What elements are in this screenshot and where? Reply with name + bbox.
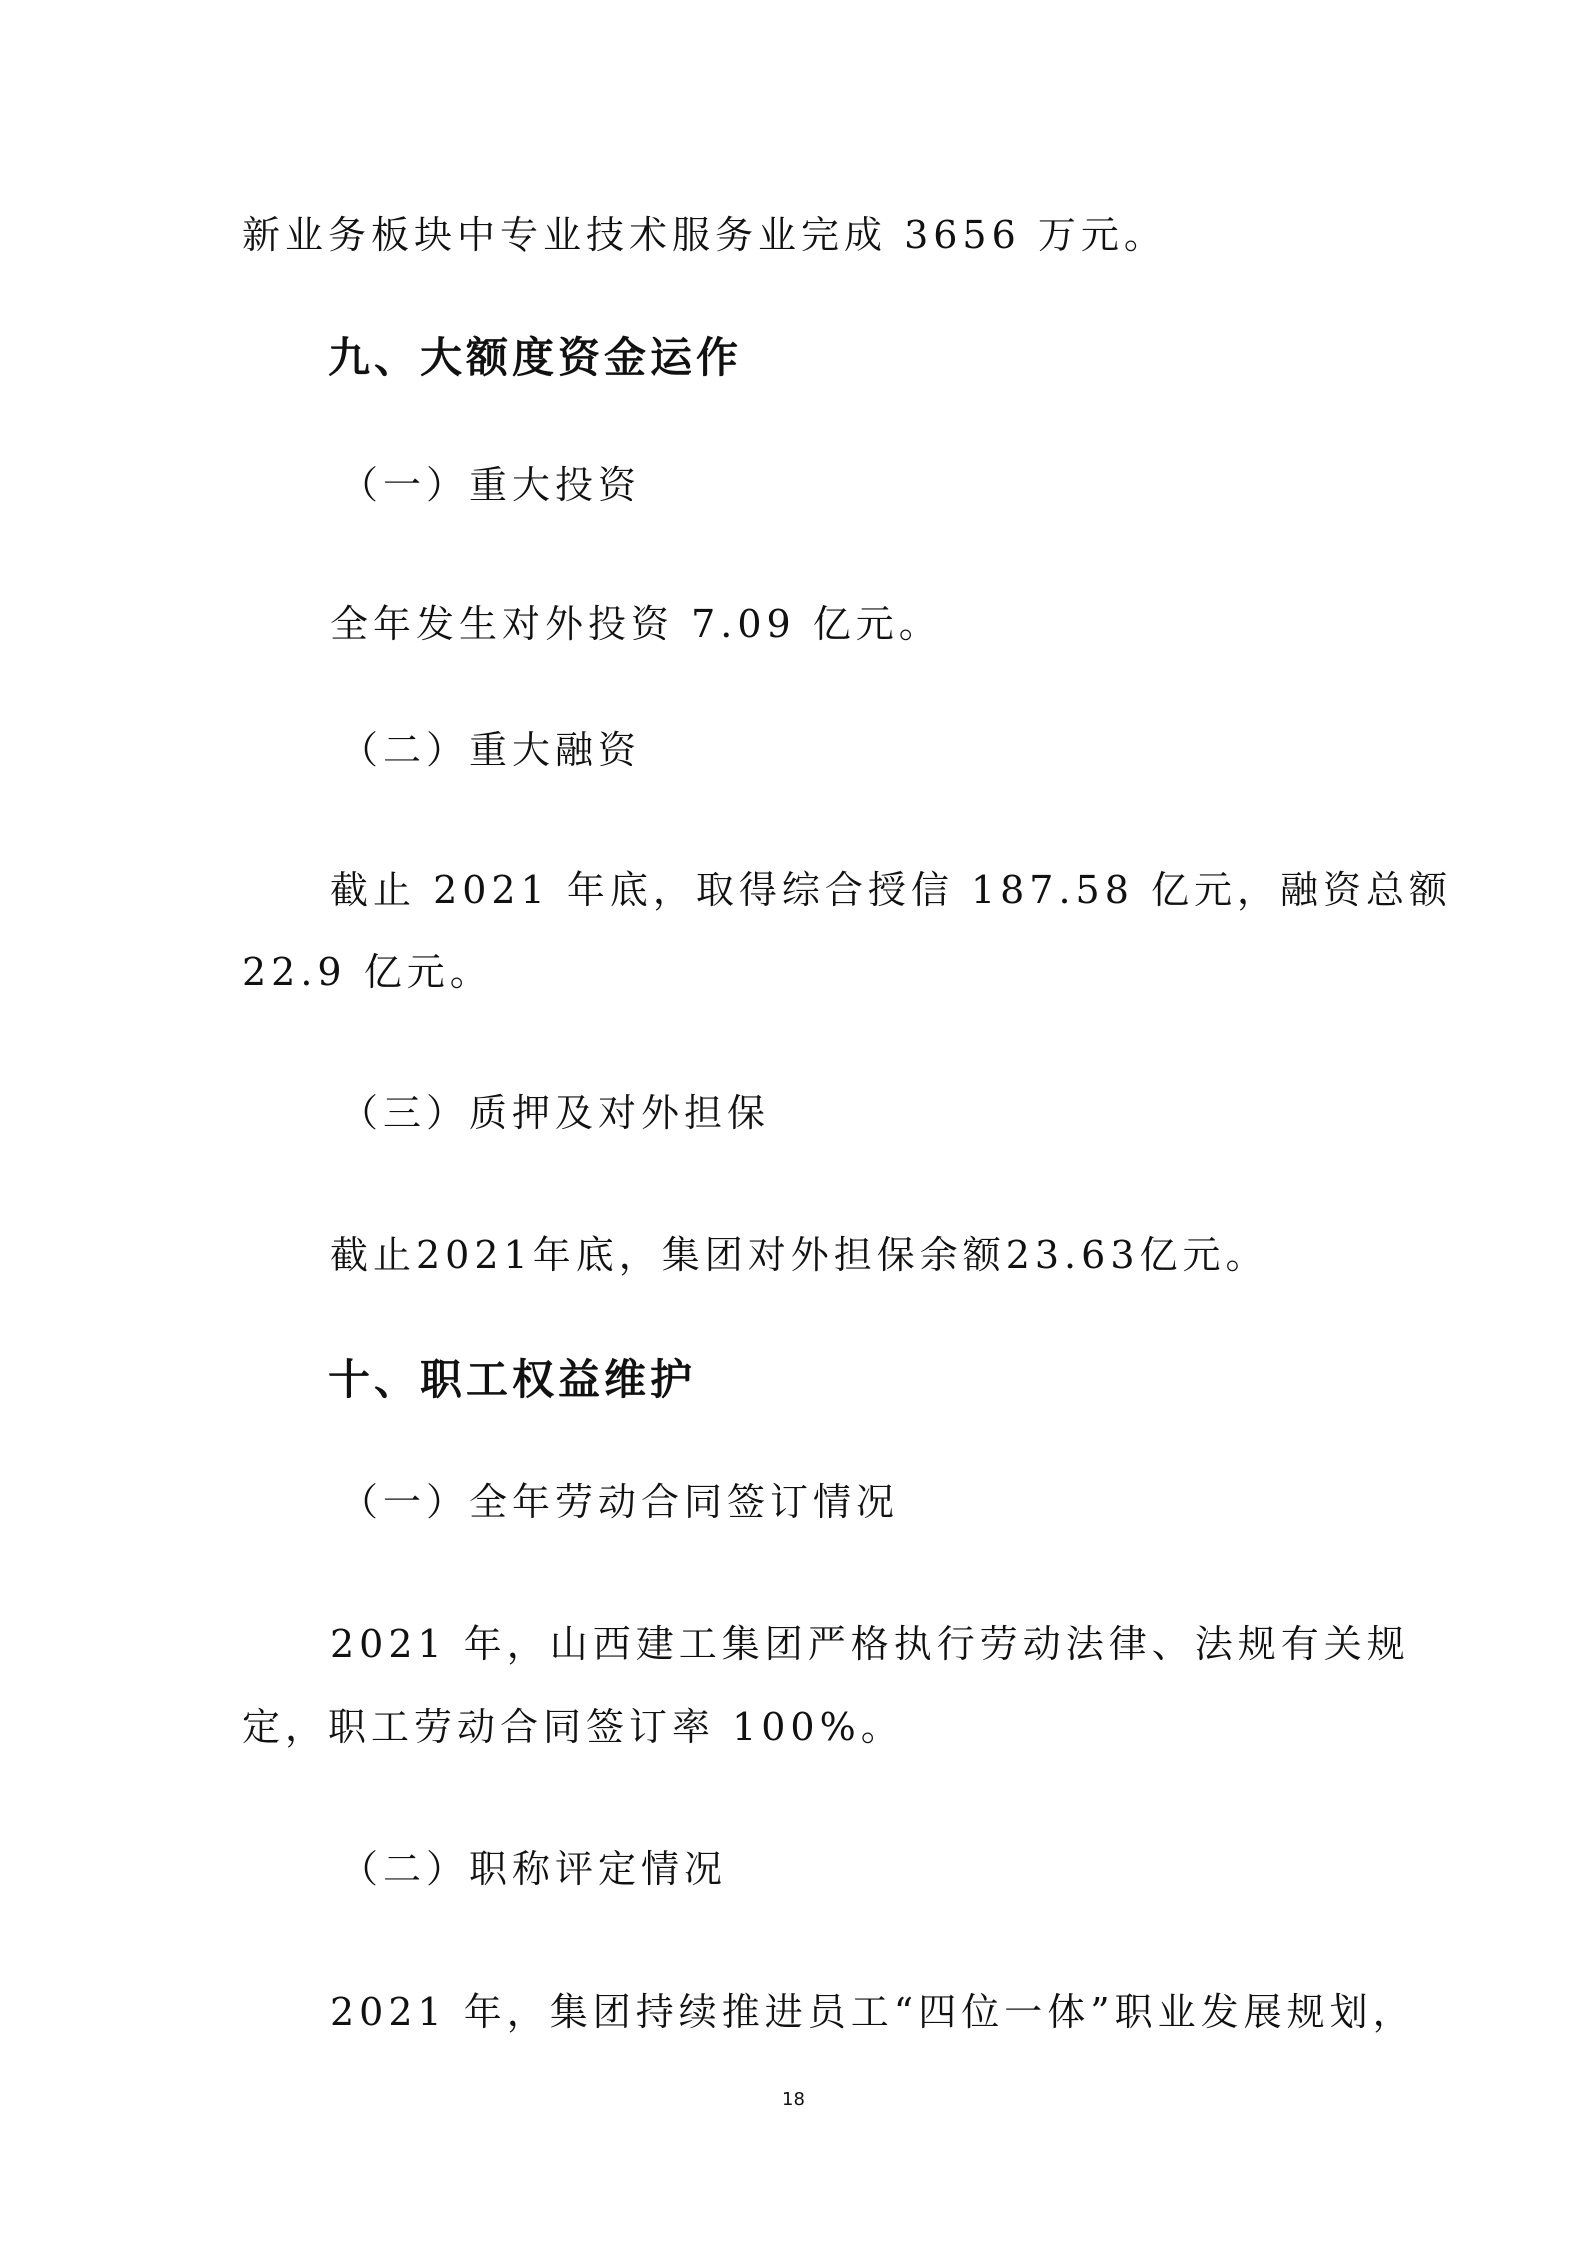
paragraph-carryover: 新业务板块中专业技术服务业完成 3656 万元。 [242,216,1167,254]
paragraph-guarantee: 截止2021年底，集团对外担保余额23.63亿元。 [330,1236,1269,1274]
paragraph-labor-line1: 2021 年，山西建工集团严格执行劳动法律、法规有关规 [330,1625,1345,1663]
subheading-major-investment: （一）重大投资 [340,466,641,504]
section-heading-10: 十、职工权益维护 [328,1359,696,1401]
paragraph-labor-line2: 定，职工劳动合同签订率 100%。 [242,1708,904,1746]
section-heading-9: 九、大额度资金运作 [328,337,742,379]
subheading-title-evaluation: （二）职称评定情况 [340,1850,727,1888]
paragraph-financing-line2: 22.9 亿元。 [242,953,493,991]
page-number: 18 [0,2091,1587,2109]
subheading-pledge-guarantee: （三）质押及对外担保 [340,1094,770,1132]
subheading-major-financing: （二）重大融资 [340,731,641,769]
subheading-labor-contracts: （一）全年劳动合同签订情况 [340,1483,899,1521]
paragraph-investment: 全年发生对外投资 7.09 亿元。 [330,605,942,643]
paragraph-career-line1: 2021 年，集团持续推进员工“四位一体”职业发展规划， [330,1993,1345,2031]
paragraph-financing-line1: 截止 2021 年底，取得综合授信 187.58 亿元，融资总额 [330,871,1345,909]
